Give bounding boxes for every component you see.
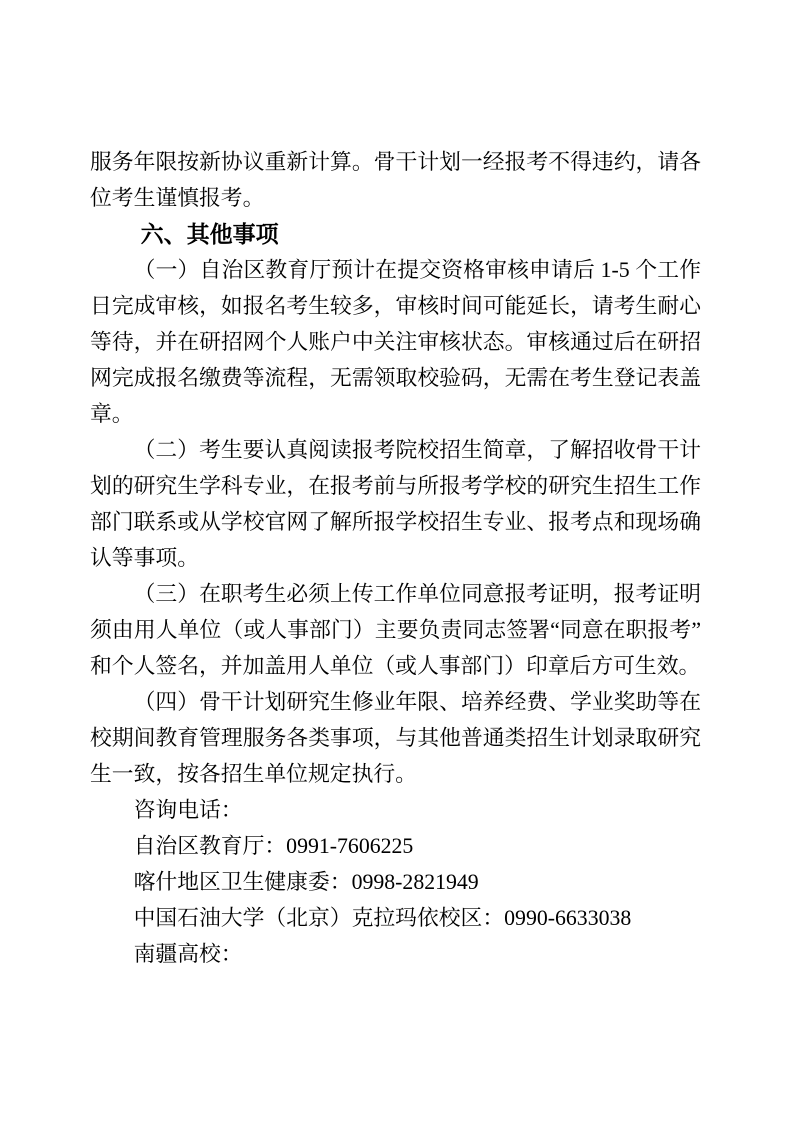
paragraph-item-1: （一）自治区教育厅预计在提交资格审核申请后 1-5 个工作日完成审核，如报名考生…	[90, 252, 701, 432]
continuation-paragraph: 服务年限按新协议重新计算。骨干计划一经报考不得违约，请各位考生谨慎报考。	[90, 144, 701, 216]
paragraph-item-4: （四）骨干计划研究生修业年限、培养经费、学业奖助等在校期间教育管理服务各类事项，…	[90, 684, 701, 792]
document-content: 服务年限按新协议重新计算。骨干计划一经报考不得违约，请各位考生谨慎报考。 六、其…	[90, 144, 701, 972]
paragraph-item-2: （二）考生要认真阅读报考院校招生简章，了解招收骨干计划的研究生学科专业，在报考前…	[90, 432, 701, 576]
contact-entry-kashgar-health: 喀什地区卫生健康委：0998-2821949	[90, 864, 701, 900]
section-heading: 六、其他事项	[90, 216, 701, 252]
contact-entry-cup-karamay: 中国石油大学（北京）克拉玛依校区：0990-6633038	[90, 900, 701, 936]
contact-entry-southern-xinjiang: 南疆高校：	[90, 936, 701, 972]
contact-entry-education-dept: 自治区教育厅：0991-7606225	[90, 828, 701, 864]
document-page: 服务年限按新协议重新计算。骨干计划一经报考不得违约，请各位考生谨慎报考。 六、其…	[0, 0, 793, 1122]
paragraph-item-3: （三）在职考生必须上传工作单位同意报考证明，报考证明须由用人单位（或人事部门）主…	[90, 576, 701, 684]
contact-label: 咨询电话：	[90, 792, 701, 828]
